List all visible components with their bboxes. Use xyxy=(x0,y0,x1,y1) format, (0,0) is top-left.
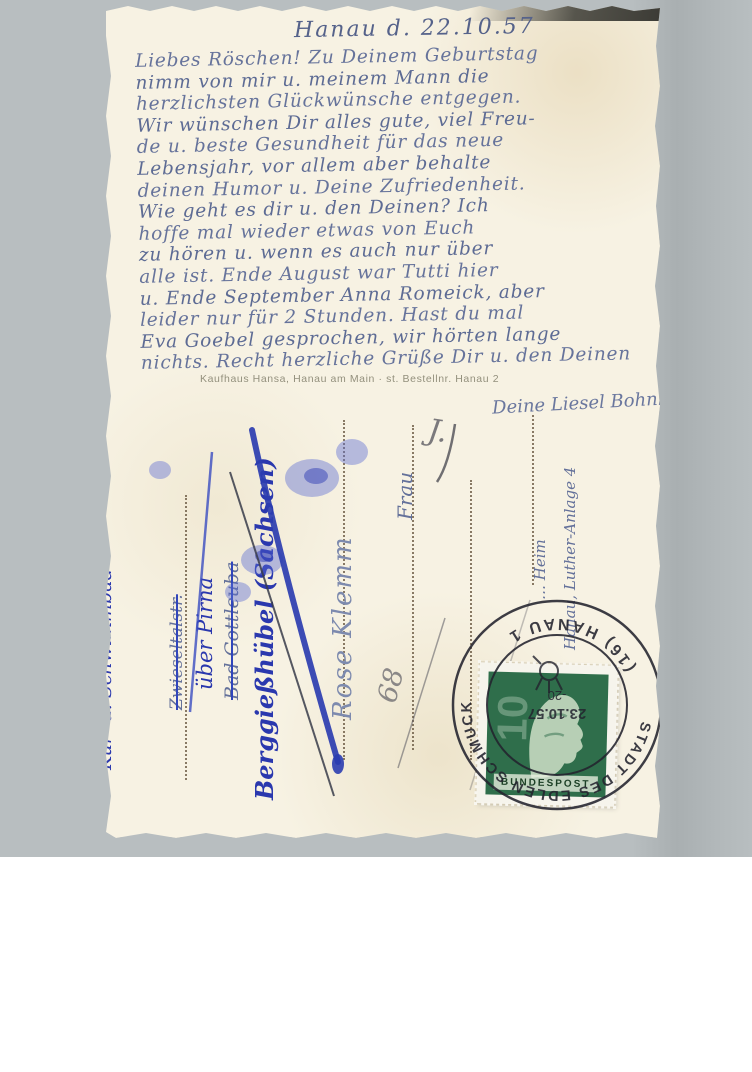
crossout-blue-stroke xyxy=(190,452,212,712)
stroke-end-blob xyxy=(332,754,344,774)
scan-white-margin xyxy=(0,857,752,1072)
postmark-time: -20 xyxy=(548,688,567,703)
postcard: Hanau d. 22.10.57 Liebes Röschen! Zu Dei… xyxy=(106,6,660,838)
postmark-date: 23.10.57 xyxy=(528,705,586,722)
postmark: (16) HANAU 1 STADT DES EDLEN SCHMUCKES 2… xyxy=(445,593,669,817)
svg-text:(16) HANAU 1: (16) HANAU 1 xyxy=(503,615,638,675)
crossout-thin-stroke xyxy=(230,472,334,796)
jewel-brooch-icon xyxy=(533,656,562,693)
postmark-town-text: (16) HANAU 1 xyxy=(503,615,638,675)
